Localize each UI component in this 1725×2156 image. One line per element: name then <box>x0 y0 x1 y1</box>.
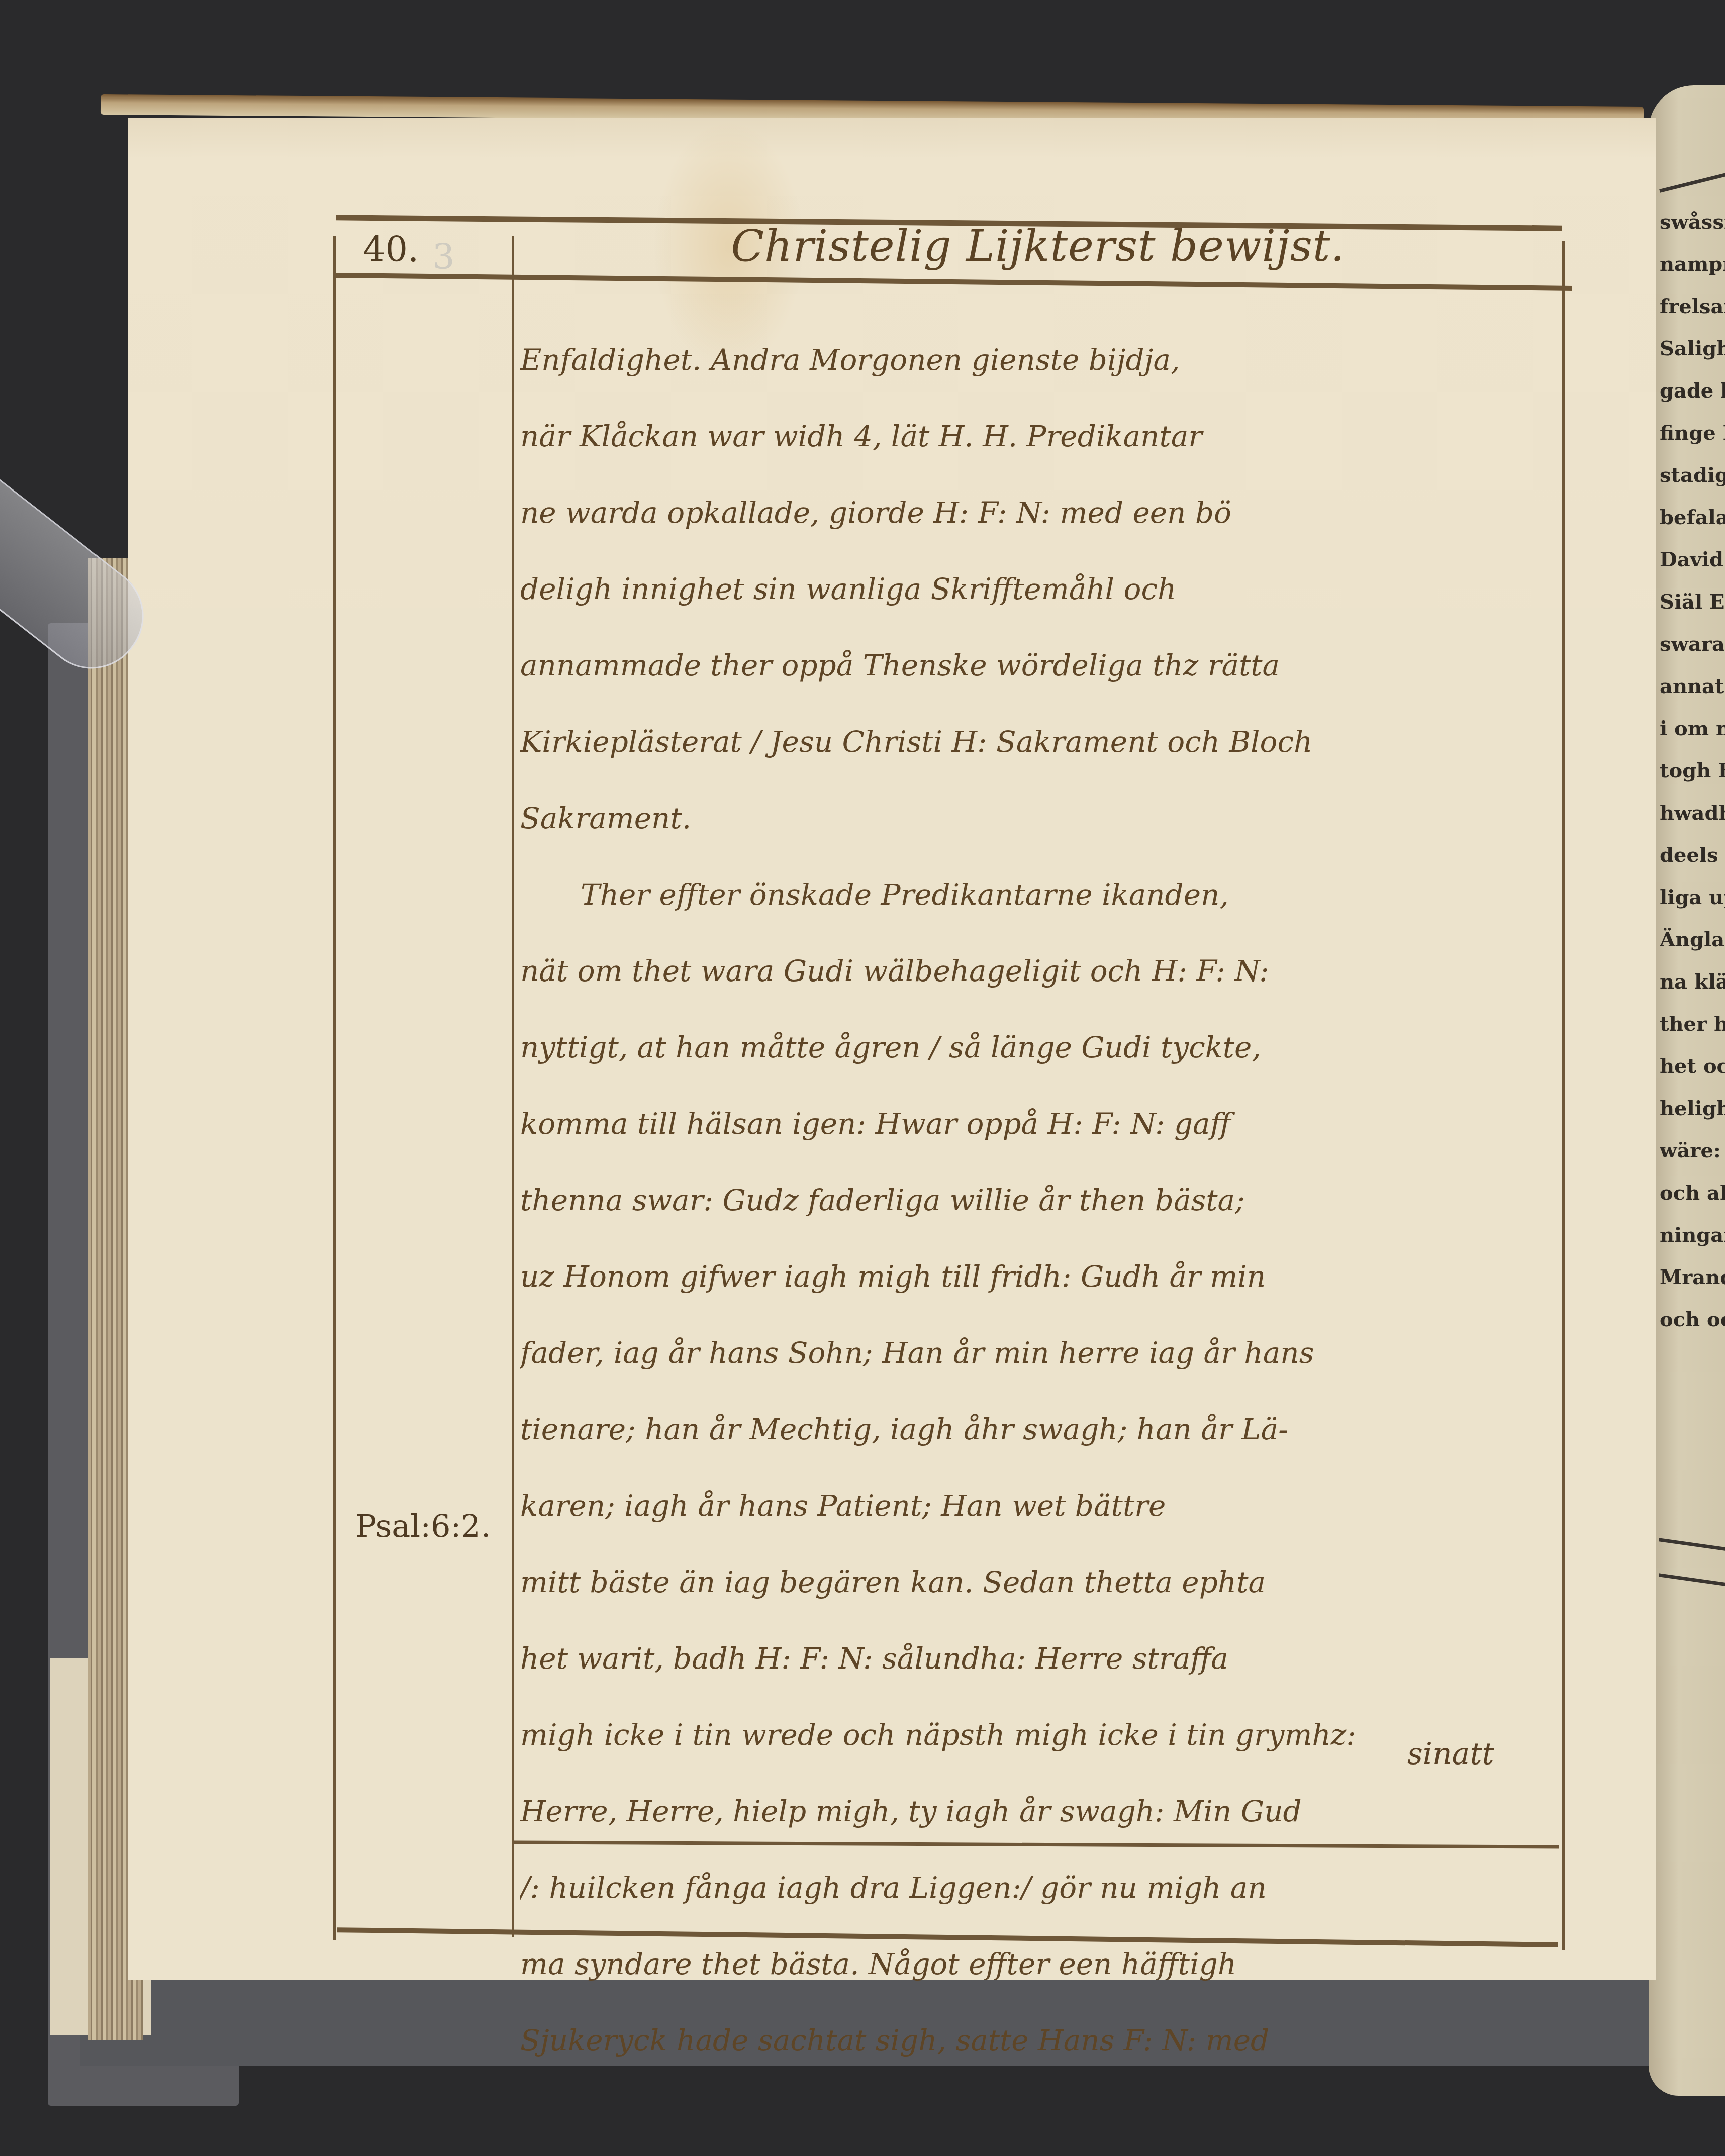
text-line: het warit, badh H: F: N: sålundha: Herre… <box>520 1620 1556 1697</box>
printed-line: hwadh Han <box>1660 792 1725 834</box>
text-line: /: huilcken fånga iagh dra Liggen:/ gör … <box>520 1849 1556 1926</box>
printed-line: befalandes <box>1660 497 1725 539</box>
show-through-folio: 3 <box>432 236 455 277</box>
printed-line: Saligheet <box>1660 328 1725 370</box>
printed-line: wäre: J <box>1660 1130 1725 1172</box>
margin-column-rule <box>512 236 514 1937</box>
printed-line: annat gör/ <box>1660 665 1725 708</box>
text-line: tienare; han år Mechtig, iagh åhr swagh;… <box>520 1391 1556 1467</box>
printed-line: Änglar til <box>1660 919 1725 961</box>
printed-line: swarade H.F. <box>1660 623 1725 665</box>
frame-left-rule <box>333 236 336 1940</box>
text-line: Enfaldighet. Andra Morgonen gienste bijd… <box>520 322 1556 398</box>
margin-scripture-reference: Psal:6:2. <box>338 1508 509 1544</box>
printed-line: ningar / <box>1660 1214 1725 1256</box>
printed-line: swåssmande <box>1660 201 1725 243</box>
printed-line: frelsares <box>1660 285 1725 328</box>
printed-line: Siäl Esom <box>1660 581 1725 623</box>
facing-page-text: swåssmande nampna Je frelsares Saligheet… <box>1660 201 1725 1341</box>
text-line: Sakrament. <box>520 780 1556 856</box>
text-line: komma till hälsan igen: Hwar oppå H: F: … <box>520 1086 1556 1162</box>
folio-number: 40. <box>363 229 419 270</box>
text-line: när Klåckan war widh 4, lät H. H. Predik… <box>520 398 1556 474</box>
printed-line: i om migh <box>1660 708 1725 750</box>
text-line: ne warda opkallade, giorde H: F: N: med … <box>520 474 1556 551</box>
text-line: fader, iag år hans Sohn; Han år min herr… <box>520 1315 1556 1391</box>
text-line: nät om thet wara Gudi wälbehageligit och… <box>520 933 1556 1009</box>
printed-line: liga upläst. <box>1660 876 1725 919</box>
running-title: Christelig Lijkterst bewijst. <box>513 221 1563 271</box>
manuscript-text-block: Enfaldighet. Andra Morgonen gienste bijd… <box>520 322 1556 2079</box>
text-line: thenna swar: Gudz faderliga willie år th… <box>520 1162 1556 1238</box>
text-line: annammade ther oppå Thenske wördeliga th… <box>520 627 1556 704</box>
printed-line: ther hon <box>1660 1003 1725 1045</box>
printed-line: deels tima <box>1660 834 1725 876</box>
printed-line: finge Predik <box>1660 412 1725 454</box>
printed-line: David och <box>1660 539 1725 581</box>
text-line: Kirkieplästerat / Jesu Christi H: Sakram… <box>520 704 1556 780</box>
printed-line: och ock <box>1660 1299 1725 1341</box>
printed-line: het och <box>1660 1045 1725 1088</box>
text-line-paragraph-start: Ther effter önskade Predikantarne ikande… <box>520 856 1556 933</box>
printed-line: gade blod <box>1660 370 1725 412</box>
text-line: mitt bäste än iag begären kan. Sedan the… <box>520 1544 1556 1620</box>
printed-line: na kläder <box>1660 961 1725 1003</box>
catchword: sinatt <box>1407 1736 1494 1772</box>
text-line: uz Honom gifwer iagh migh till fridh: Gu… <box>520 1238 1556 1315</box>
printed-line: nampna Je <box>1660 243 1725 285</box>
text-line: deligh innighet sin wanliga Skrifftemåhl… <box>520 551 1556 627</box>
text-line: migh icke i tin wrede och näpsth migh ic… <box>520 1697 1556 1773</box>
printed-line: och alla <box>1660 1172 1725 1214</box>
printed-line: Mrandigh <box>1660 1256 1725 1299</box>
printed-line: stadigt wille <box>1660 454 1725 497</box>
text-line: ma syndare thet bästa. Något effter een … <box>520 1926 1556 2002</box>
frame-right-rule <box>1562 241 1565 1950</box>
text-line: Herre, Herre, hielp migh, ty iagh år swa… <box>520 1773 1556 1849</box>
printed-line: togh H.F.N. <box>1660 750 1725 792</box>
text-line: Sjukeryck hade sachtat sigh, satte Hans … <box>520 2002 1556 2079</box>
printed-line: helighet <box>1660 1088 1725 1130</box>
text-line: karen; iagh år hans Patient; Han wet bät… <box>520 1467 1556 1544</box>
text-line: nyttigt, at han måtte ågren / så länge G… <box>520 1009 1556 1086</box>
